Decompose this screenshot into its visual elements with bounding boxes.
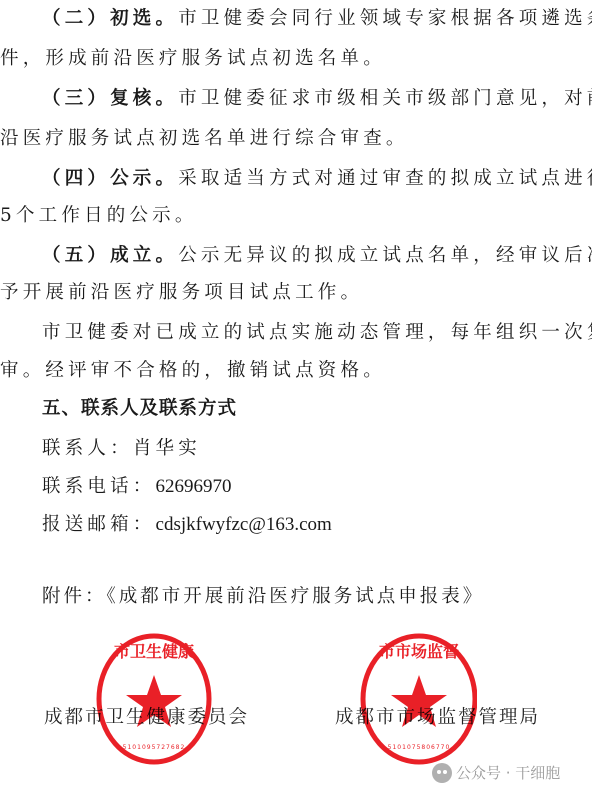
paragraph-publicity-line2: 5个工作日的公示。 xyxy=(0,203,198,229)
contact-email: 报送邮箱：cdsjkfwyfzc@163.com xyxy=(42,512,332,538)
item-label: （二）初选。 xyxy=(42,8,178,29)
item-text: 市卫健委会同行业领域专家根据各项遴选条 xyxy=(178,8,592,29)
svg-text:5101095727682: 5101095727682 xyxy=(123,744,186,751)
contact-phone: 联系电话：62696970 xyxy=(42,474,232,500)
paragraph-establishment-line2: 予开展前沿医疗服务项目试点工作。 xyxy=(0,280,363,306)
svg-text:市市场监督: 市市场监督 xyxy=(379,642,459,661)
contact-phone-value: 62696970 xyxy=(156,476,232,497)
svg-text:5101075806770: 5101075806770 xyxy=(388,744,451,751)
item-text: 采取适当方式对通过审查的拟成立试点进行 xyxy=(178,168,592,189)
paragraph-establishment-line1: （五）成立。公示无异议的拟成立试点名单，经审议后准 xyxy=(42,243,592,269)
wechat-icon xyxy=(432,763,452,783)
paragraph-publicity-line1: （四）公示。采取适当方式对通过审查的拟成立试点进行 xyxy=(42,166,592,192)
watermark: 公众号 · 干细胞 xyxy=(432,762,560,783)
paragraph-dynamic-management-line2: 审。经评审不合格的，撤销试点资格。 xyxy=(0,358,386,384)
contact-email-value[interactable]: cdsjkfwyfzc@163.com xyxy=(156,514,332,535)
svg-text:市卫生健康: 市卫生健康 xyxy=(114,642,194,661)
section-heading-contact: 五、联系人及联系方式 xyxy=(42,396,237,422)
paragraph-review-line1: （三）复核。市卫健委征求市级相关市级部门意见，对前 xyxy=(42,86,592,112)
item-text: 公示无异议的拟成立试点名单，经审议后准 xyxy=(178,245,592,266)
paragraph-preliminary-selection-line1: （二）初选。市卫健委会同行业领域专家根据各项遴选条 xyxy=(42,6,592,32)
paragraph-preliminary-selection-line2: 件，形成前沿医疗服务试点初选名单。 xyxy=(0,46,386,72)
contact-phone-label: 联系电话： xyxy=(42,476,156,497)
item-label: （五）成立。 xyxy=(42,245,178,266)
contact-person-value: 肖华实 xyxy=(133,438,201,459)
attachment-note: 附件：《成都市开展前沿医疗服务试点申报表》 xyxy=(42,584,484,610)
paragraph-dynamic-management-line1: 市卫健委对已成立的试点实施动态管理，每年组织一次复 xyxy=(42,320,592,346)
contact-email-label: 报送邮箱： xyxy=(42,514,156,535)
item-label: （三）复核。 xyxy=(42,88,178,109)
item-text: 市卫健委征求市级相关市级部门意见，对前 xyxy=(178,88,592,109)
seal-star-icon: 市市场监督 5101075806770 xyxy=(357,627,477,767)
paragraph-review-line2: 沿医疗服务试点初选名单进行综合审查。 xyxy=(0,126,409,152)
contact-person-label: 联系人： xyxy=(42,438,133,459)
watermark-text: 公众号 · 干细胞 xyxy=(456,762,560,783)
item-label: （四）公示。 xyxy=(42,168,178,189)
contact-person: 联系人：肖华实 xyxy=(42,436,201,462)
seal-star-icon: 市卫生健康 5101095727682 xyxy=(94,627,214,767)
